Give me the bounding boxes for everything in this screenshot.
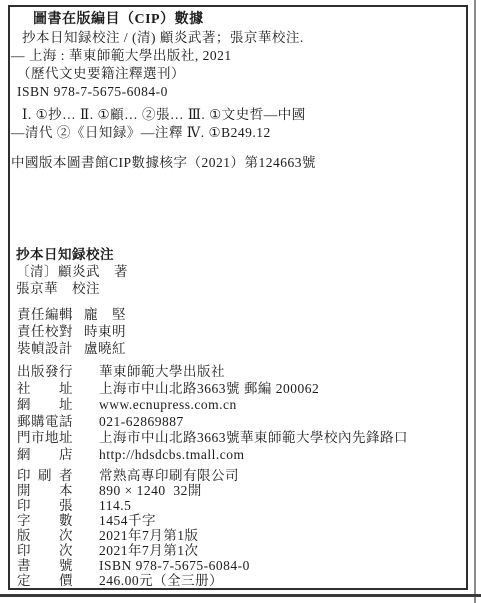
publisher-value: 上海市中山北路3663號 郵編 200062 xyxy=(99,381,319,396)
publisher-row: 門市地址上海市中山北路3663號華東師範大學校內先鋒路口 xyxy=(17,430,408,447)
staff-row: 責任校對時東明 xyxy=(17,323,126,340)
book-title: 抄本日知録校注 xyxy=(16,246,128,263)
publisher-website: www.ecnupress.com.cn xyxy=(99,397,237,412)
publisher-row: 網店http://hdsdcbs.tmall.com xyxy=(17,447,408,464)
staff-label: 責任校對 xyxy=(17,323,73,340)
staff-value: 龐 堅 xyxy=(84,307,126,322)
printing-isbn: ISBN 978-7-5675-6084-0 xyxy=(99,558,250,573)
publisher-phone: 021-62869887 xyxy=(99,414,184,429)
staff-value: 盧曉紅 xyxy=(84,341,126,356)
cip-description: 抄本日知録校注 / (清) 顧炎武著；張京華校注. — 上海 : 華東師範大學出… xyxy=(11,29,304,101)
publisher-row: 網址www.ecnupress.com.cn xyxy=(17,397,408,414)
cip-record-number: 中國版本圖書館CIP數據核字（2021）第124663號 xyxy=(11,151,316,171)
printing-row: 開本890 × 1240 32開 xyxy=(17,483,250,498)
printing-value: 890 × 1240 32開 xyxy=(99,483,202,498)
printing-label: 印次 xyxy=(17,543,73,558)
title-block: 抄本日知録校注 〔清〕顧炎武 著 張京華 校注 xyxy=(16,246,128,297)
printing-value: 常熟高專印刷有限公司 xyxy=(99,468,239,483)
staff-label: 責任編輯 xyxy=(17,306,73,323)
scan-edge-right xyxy=(474,0,476,603)
printing-label: 字數 xyxy=(17,513,73,528)
printing-label: 版次 xyxy=(17,528,73,543)
staff-row: 責任編輯龐 堅 xyxy=(17,306,126,323)
cip-series-line: （歷代文史要籍注釋選刊） xyxy=(11,65,304,83)
author-line: 〔清〕顧炎武 著 xyxy=(16,263,128,280)
printing-row: 印次2021年7月第1次 xyxy=(17,543,250,558)
cip-classification-line: Ⅰ. ①抄… Ⅱ. ①顧… ②張… Ⅲ. ①文史哲—中國 xyxy=(11,106,306,124)
printing-row: 印張114.5 xyxy=(17,498,250,513)
printing-row: 書號ISBN 978-7-5675-6084-0 xyxy=(17,558,250,573)
publisher-label: 網址 xyxy=(17,397,73,414)
cip-description-line: 抄本日知録校注 / (清) 顧炎武著；張京華校注. xyxy=(11,29,304,47)
publisher-row: 郵購電話021-62869887 xyxy=(17,414,408,431)
printing-value: 2021年7月第1版 xyxy=(99,528,199,543)
publisher-label: 社址 xyxy=(17,381,73,398)
publisher-label: 網店 xyxy=(17,447,73,464)
printing-label: 開本 xyxy=(17,483,73,498)
printing-label: 印刷者 xyxy=(17,468,73,483)
publisher-value: 華東師範大學出版社 xyxy=(99,364,225,379)
printing-value: 1454千字 xyxy=(99,513,156,528)
cip-heading: 圖書在版編目（CIP）數據 xyxy=(33,8,204,28)
publisher-label: 出版發行 xyxy=(17,364,73,381)
publisher-store-address: 上海市中山北路3663號華東師範大學校內先鋒路口 xyxy=(99,430,408,445)
printing-label: 定價 xyxy=(17,573,73,588)
publisher-label: 門市地址 xyxy=(17,430,73,447)
staff-value: 時東明 xyxy=(84,324,126,339)
publisher-block: 出版發行華東師範大學出版社 社址上海市中山北路3663號 郵編 200062 網… xyxy=(17,364,408,463)
printing-label: 印張 xyxy=(17,498,73,513)
staff-label: 裝幀設計 xyxy=(17,340,73,357)
scan-edge-bottom xyxy=(0,594,481,597)
printing-row: 定價246.00元（全三册） xyxy=(17,573,250,588)
cip-classification-line: —清代 ②《日知録》—注釋 Ⅳ. ①B249.12 xyxy=(11,124,306,142)
printing-price: 246.00元（全三册） xyxy=(99,573,223,588)
cip-isbn-line: ISBN 978-7-5675-6084-0 xyxy=(11,83,304,101)
staff-row: 裝幀設計盧曉紅 xyxy=(17,340,126,357)
cip-classification: Ⅰ. ①抄… Ⅱ. ①顧… ②張… Ⅲ. ①文史哲—中國 —清代 ②《日知録》—… xyxy=(11,106,306,142)
printing-row: 版次2021年7月第1版 xyxy=(17,528,250,543)
printing-value: 2021年7月第1次 xyxy=(99,543,199,558)
publisher-row: 社址上海市中山北路3663號 郵編 200062 xyxy=(17,381,408,398)
annotator-line: 張京華 校注 xyxy=(16,280,128,297)
staff-block: 責任編輯龐 堅 責任校對時東明 裝幀設計盧曉紅 xyxy=(17,306,126,357)
printing-row: 印刷者常熟高專印刷有限公司 xyxy=(17,468,250,483)
cip-description-line: — 上海 : 華東師範大學出版社, 2021 xyxy=(11,47,304,65)
colophon-page: 圖書在版編目（CIP）數據 抄本日知録校注 / (清) 顧炎武著；張京華校注. … xyxy=(0,0,481,603)
publisher-row: 出版發行華東師範大學出版社 xyxy=(17,364,408,381)
printing-block: 印刷者常熟高專印刷有限公司 開本890 × 1240 32開 印張114.5 字… xyxy=(17,468,250,588)
printing-label: 書號 xyxy=(17,558,73,573)
printing-row: 字數1454千字 xyxy=(17,513,250,528)
publisher-label: 郵購電話 xyxy=(17,414,73,431)
printing-value: 114.5 xyxy=(99,498,131,513)
publisher-online-store: http://hdsdcbs.tmall.com xyxy=(99,447,245,462)
